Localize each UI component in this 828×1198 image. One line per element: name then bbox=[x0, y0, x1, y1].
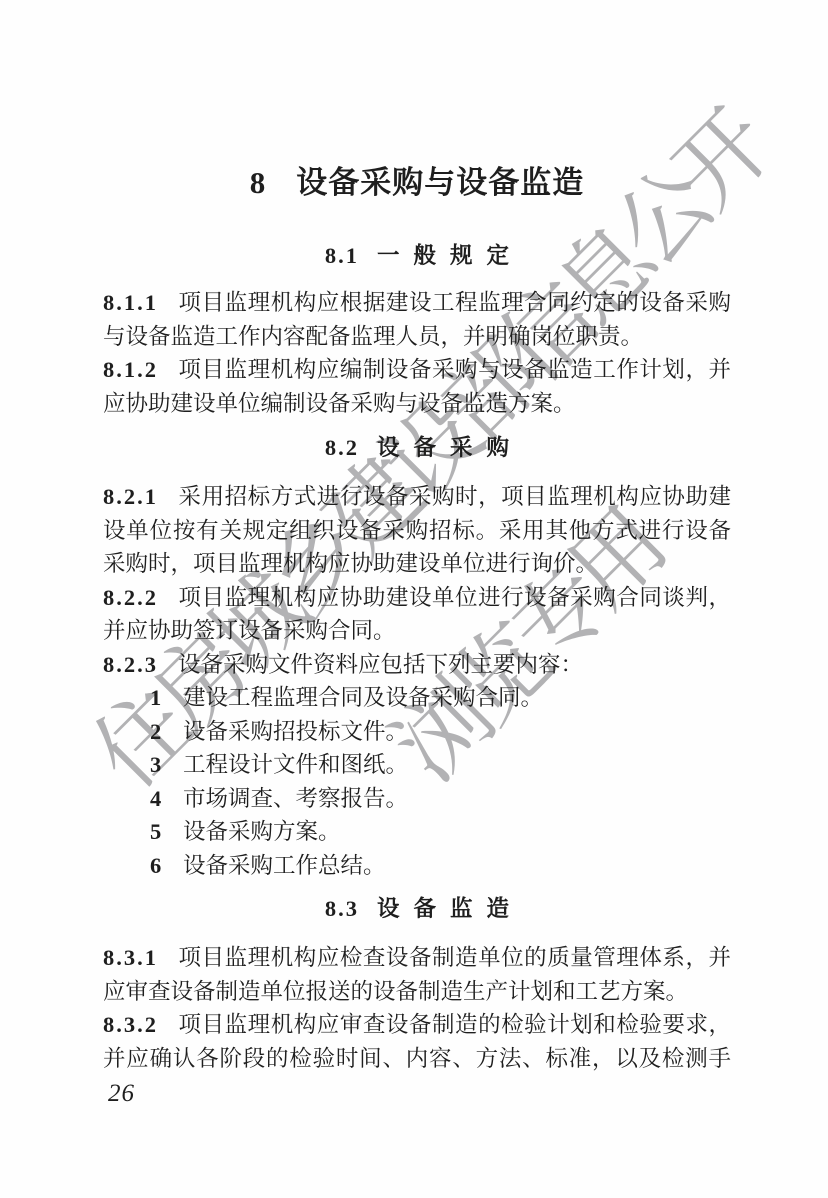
list-item-text: 工程设计文件和图纸。 bbox=[183, 752, 408, 777]
list-item-text: 设备采购方案。 bbox=[183, 819, 341, 844]
chapter-number: 8 bbox=[250, 165, 267, 200]
list-item-number: 2 bbox=[150, 715, 161, 749]
clause-8-2-1: 8.2.1采用招标方式进行设备采购时，项目监理机构应协助建设单位按有关规定组织设… bbox=[103, 480, 731, 581]
clause-number: 8.2.3 bbox=[103, 652, 158, 677]
list-item-number: 1 bbox=[150, 681, 161, 715]
list-item: 3工程设计文件和图纸。 bbox=[103, 748, 731, 782]
section-heading-8-2: 8.2设备采购 bbox=[103, 433, 731, 463]
document-page: 住房城乡建设部信息公开 浏览专用 8设备采购与设备监造 8.1一般规定 8.1.… bbox=[0, 0, 828, 1198]
list-item-text: 建设工程监理合同及设备采购合同。 bbox=[183, 685, 543, 710]
clause-number: 8.3.2 bbox=[103, 1012, 158, 1037]
clause-text: 设备采购文件资料应包括下列主要内容： bbox=[178, 652, 583, 677]
clause-8-3-2: 8.3.2项目监理机构应审查设备制造的检验计划和检验要求，并应确认各阶段的检验时… bbox=[103, 1008, 731, 1075]
list-item: 4市场调查、考察报告。 bbox=[103, 782, 731, 816]
section-title: 设备采购 bbox=[377, 435, 523, 460]
clause-8-1-1: 8.1.1项目监理机构应根据建设工程监理合同约定的设备采购与设备监造工作内容配备… bbox=[103, 286, 731, 353]
clause-text: 项目监理机构应审查设备制造的检验计划和检验要求，并应确认各阶段的检验时间、内容、… bbox=[103, 1012, 731, 1071]
list-item-number: 6 bbox=[150, 849, 161, 883]
list-item-text: 市场调查、考察报告。 bbox=[183, 786, 408, 811]
section-number: 8.2 bbox=[325, 435, 359, 460]
clause-text: 项目监理机构应协助建设单位进行设备采购合同谈判，并应协助签订设备采购合同。 bbox=[103, 585, 731, 644]
clause-text: 项目监理机构应根据建设工程监理合同约定的设备采购与设备监造工作内容配备监理人员，… bbox=[103, 290, 731, 349]
clause-8-2-3: 8.2.3设备采购文件资料应包括下列主要内容： bbox=[103, 648, 731, 682]
section-heading-8-3: 8.3设备监造 bbox=[103, 894, 731, 924]
section-number: 8.1 bbox=[325, 243, 359, 268]
section-heading-8-1: 8.1一般规定 bbox=[103, 241, 731, 271]
page-content: 8设备采购与设备监造 8.1一般规定 8.1.1项目监理机构应根据建设工程监理合… bbox=[103, 163, 731, 1075]
list-item: 2设备采购招投标文件。 bbox=[103, 715, 731, 749]
section-number: 8.3 bbox=[325, 896, 359, 921]
chapter-title: 设备采购与设备监造 bbox=[296, 165, 584, 200]
list-item: 1建设工程监理合同及设备采购合同。 bbox=[103, 681, 731, 715]
clause-number: 8.3.1 bbox=[103, 945, 158, 970]
clause-number: 8.2.2 bbox=[103, 585, 158, 610]
list-item-number: 3 bbox=[150, 748, 161, 782]
clause-8-1-2: 8.1.2项目监理机构应编制设备采购与设备监造工作计划，并应协助建设单位编制设备… bbox=[103, 353, 731, 420]
clause-8-3-1: 8.3.1项目监理机构应检查设备制造单位的质量管理体系，并应审查设备制造单位报送… bbox=[103, 941, 731, 1008]
list-item: 6设备采购工作总结。 bbox=[103, 849, 731, 883]
clause-text: 项目监理机构应检查设备制造单位的质量管理体系，并应审查设备制造单位报送的设备制造… bbox=[103, 945, 731, 1004]
list-item-number: 4 bbox=[150, 782, 161, 816]
clause-text: 项目监理机构应编制设备采购与设备监造工作计划，并应协助建设单位编制设备采购与设备… bbox=[103, 357, 731, 416]
list-item-text: 设备采购工作总结。 bbox=[183, 853, 386, 878]
section-title: 设备监造 bbox=[377, 896, 523, 921]
page-number: 26 bbox=[108, 1080, 135, 1108]
clause-number: 8.1.1 bbox=[103, 290, 158, 315]
section-title: 一般规定 bbox=[377, 243, 523, 268]
list-item-number: 5 bbox=[150, 815, 161, 849]
clause-8-2-2: 8.2.2项目监理机构应协助建设单位进行设备采购合同谈判，并应协助签订设备采购合… bbox=[103, 581, 731, 648]
list-item: 5设备采购方案。 bbox=[103, 815, 731, 849]
clause-number: 8.2.1 bbox=[103, 484, 158, 509]
clause-text: 采用招标方式进行设备采购时，项目监理机构应协助建设单位按有关规定组织设备采购招标… bbox=[103, 484, 731, 576]
list-item-text: 设备采购招投标文件。 bbox=[183, 719, 408, 744]
chapter-heading: 8设备采购与设备监造 bbox=[103, 163, 731, 203]
clause-number: 8.1.2 bbox=[103, 357, 158, 382]
